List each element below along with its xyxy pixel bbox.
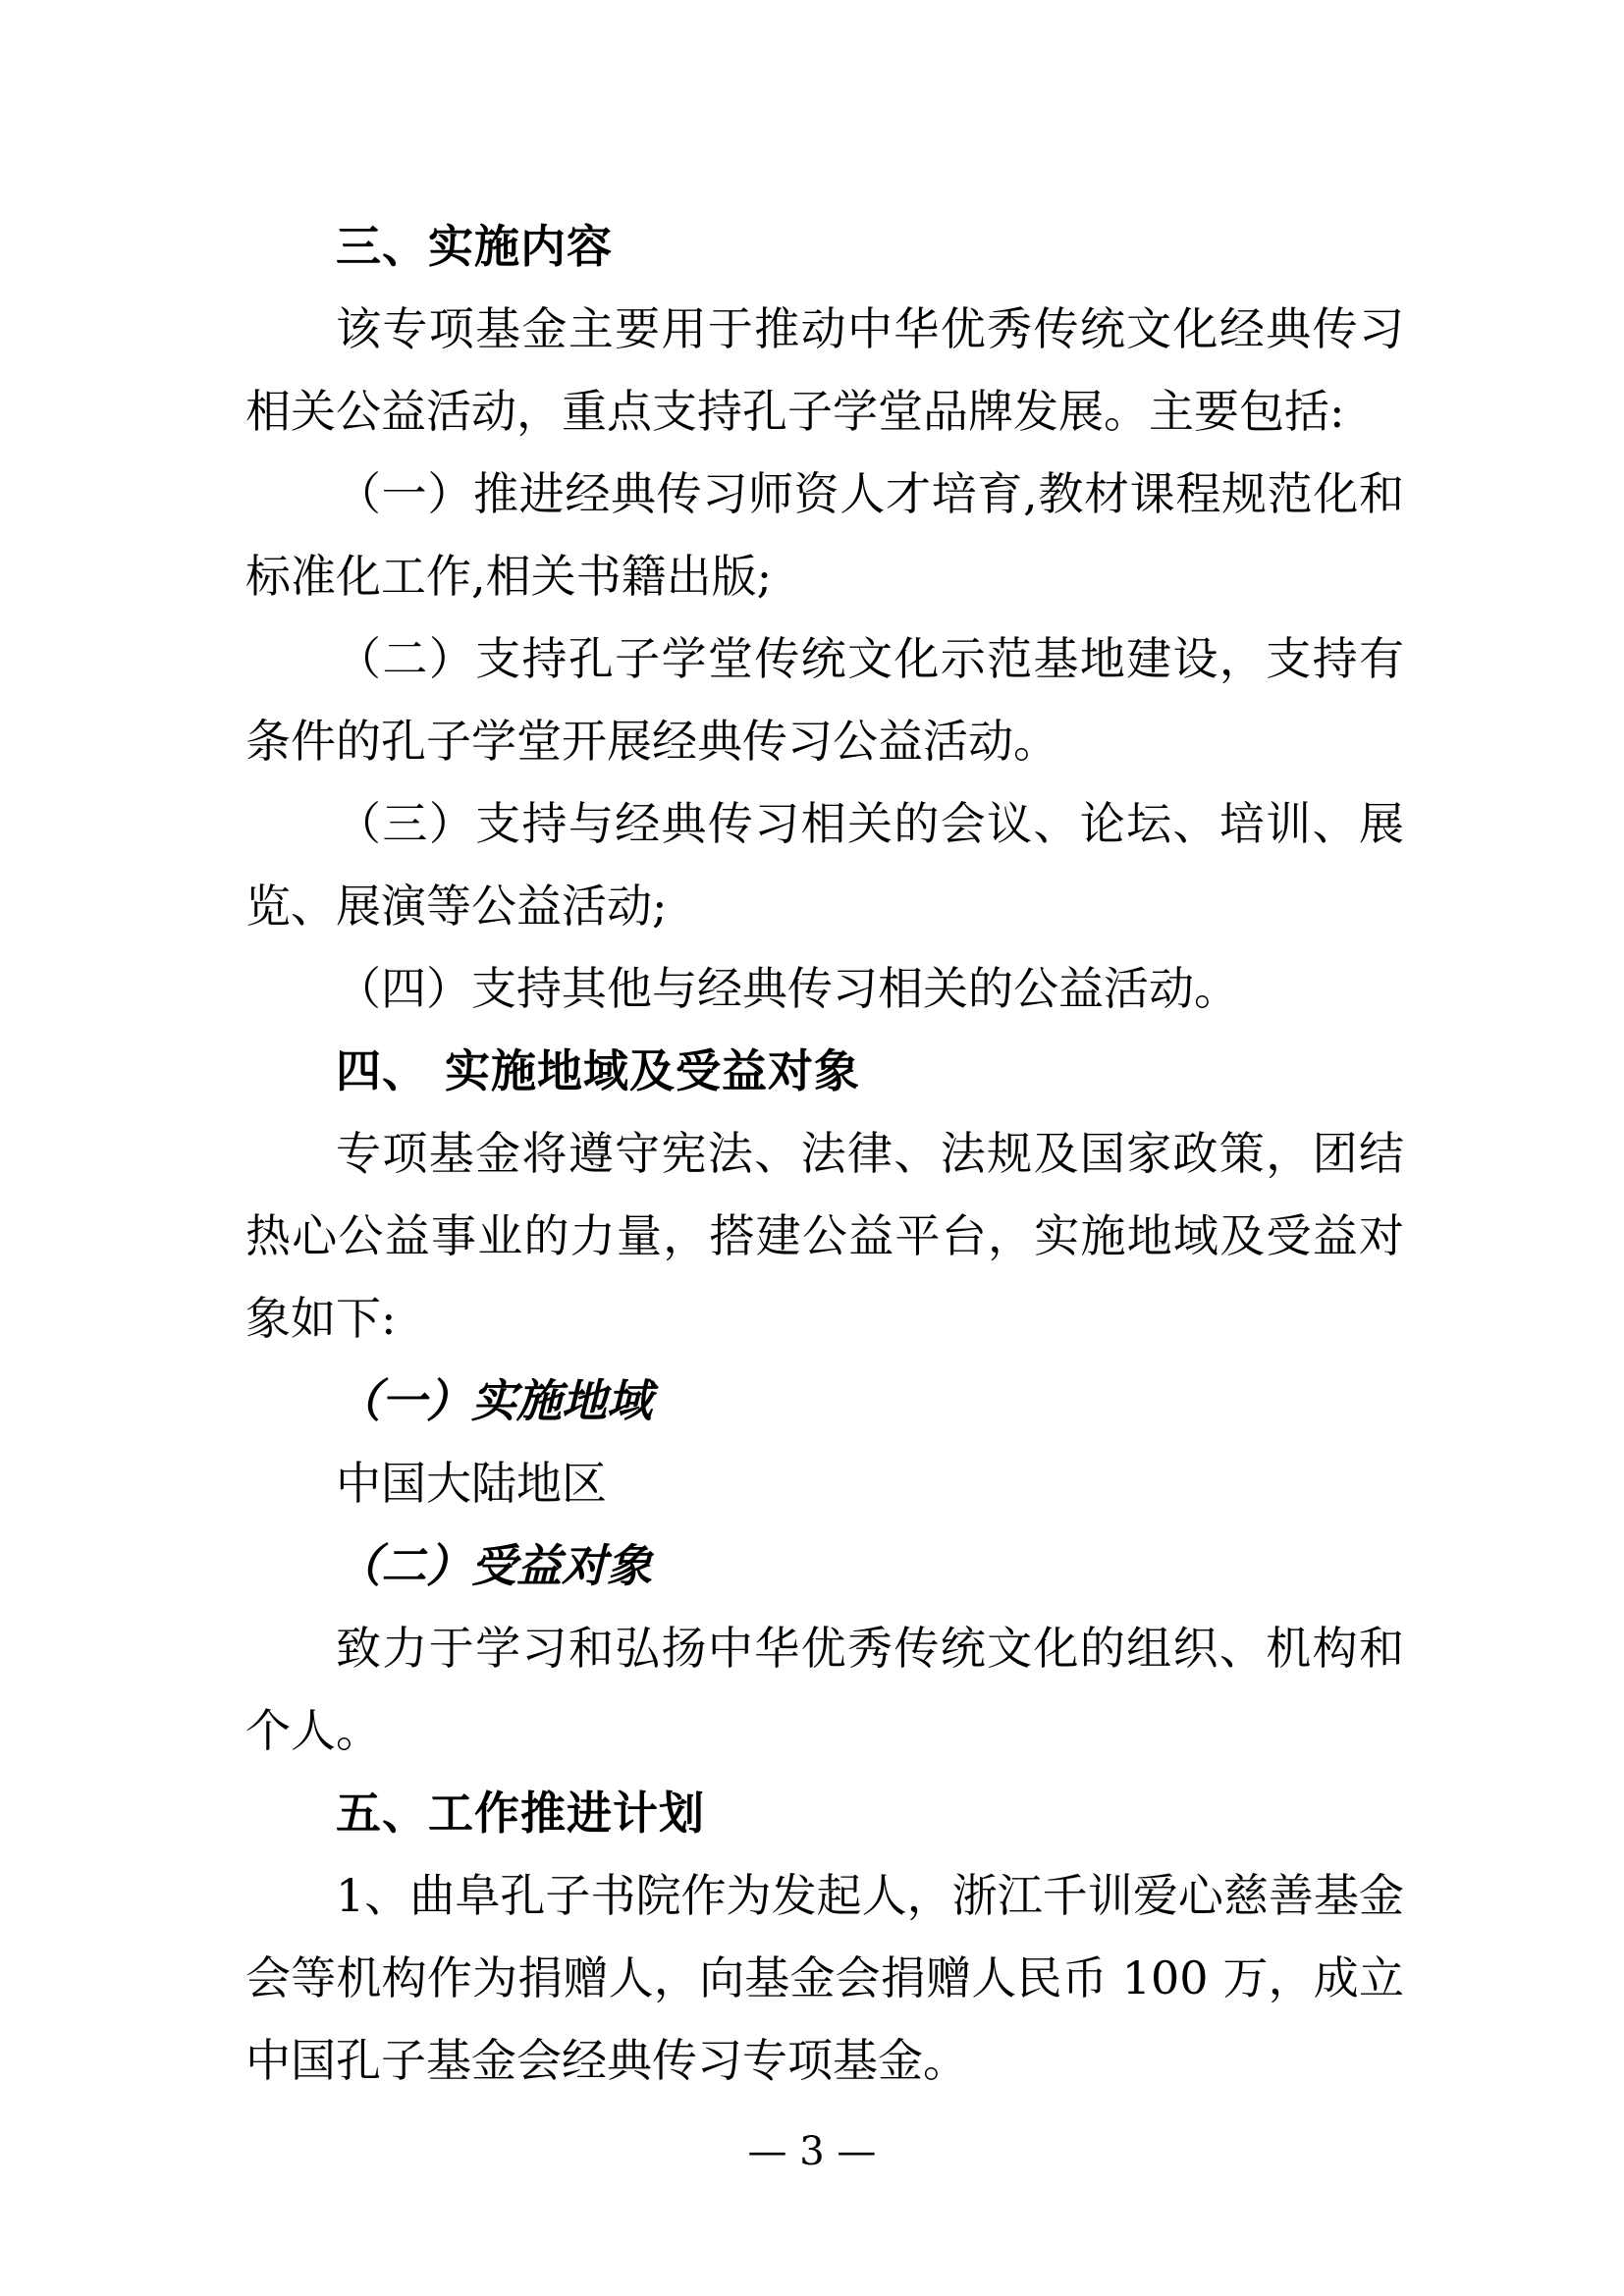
body-paragraph: （二）支持孔子学堂传统文化示范基地建设，支持有条件的孔子学堂开展经典传习公益活动… xyxy=(245,617,1404,782)
body-paragraph: （四）支持其他与经典传习相关的公益活动。 xyxy=(245,947,1404,1030)
body-paragraph: 致力于学习和弘扬中华优秀传统文化的组织、机构和个人。 xyxy=(245,1607,1404,1772)
sub-heading: （一）实施地域 xyxy=(245,1360,1404,1442)
body-paragraph: （一）推进经典传习师资人才培育,教材课程规范化和标准化工作,相关书籍出版; xyxy=(245,453,1404,617)
body-paragraph: 专项基金将遵守宪法、法律、法规及国家政策，团结热心公益事业的力量，搭建公益平台，… xyxy=(245,1112,1404,1360)
section-heading: 四、 实施地域及受益对象 xyxy=(245,1030,1404,1112)
body-paragraph: 该专项基金主要用于推动中华优秀传统文化经典传习相关公益活动，重点支持孔子学堂品牌… xyxy=(245,288,1404,453)
sub-heading: （二）受益对象 xyxy=(245,1524,1404,1607)
body-paragraph: 1、曲阜孔子书院作为发起人，浙江千训爱心慈善基金会等机构作为捐赠人，向基金会捐赠… xyxy=(245,1854,1404,2102)
section-heading: 五、工作推进计划 xyxy=(245,1772,1404,1854)
page-number: — 3 — xyxy=(0,2128,1624,2175)
document-page: 三、实施内容该专项基金主要用于推动中华优秀传统文化经典传习相关公益活动，重点支持… xyxy=(0,0,1624,2296)
body-paragraph: 中国大陆地区 xyxy=(245,1442,1404,1524)
section-heading: 三、实施内容 xyxy=(245,205,1404,288)
body-paragraph: （三）支持与经典传习相关的会议、论坛、培训、展览、展演等公益活动; xyxy=(245,782,1404,947)
document-body: 三、实施内容该专项基金主要用于推动中华优秀传统文化经典传习相关公益活动，重点支持… xyxy=(245,0,1404,2102)
